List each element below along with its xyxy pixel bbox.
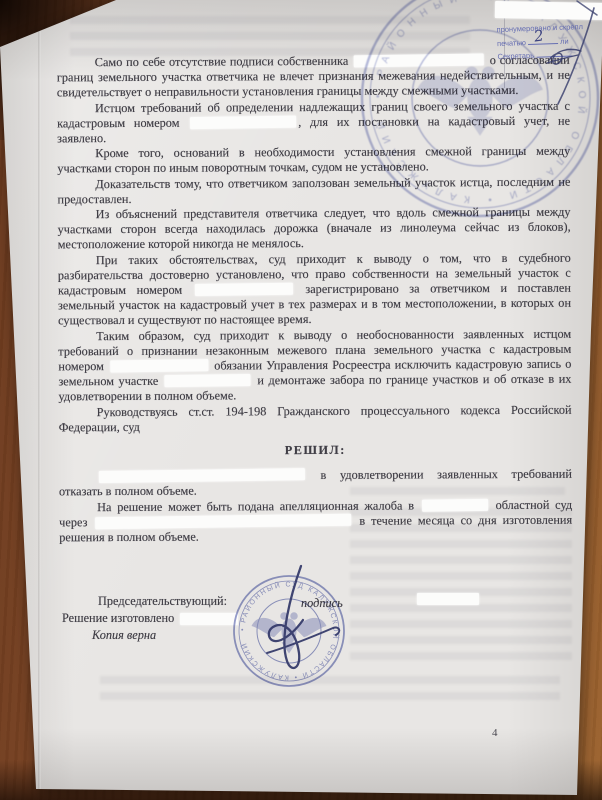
decision-made-label: Решение изготовлено	[62, 611, 174, 626]
paragraph: Доказательств тому, что ответчиком запол…	[57, 174, 570, 207]
paragraph: в удовлетворении заявленных требований о…	[59, 467, 572, 500]
document-text: Само по себе отсутствие подписи собствен…	[57, 53, 573, 546]
paper-crease	[38, 20, 41, 790]
reshil-heading: РЕШИЛ:	[59, 442, 572, 460]
document-page: Само по себе отсутствие подписи собствен…	[0, 0, 602, 800]
paragraph: Руководствуясь ст.ст. 194-198 Гражданско…	[59, 402, 572, 435]
handwritten-sheet-count: 2	[533, 26, 545, 45]
paper-shadow-wrap: Само по себе отсутствие подписи собствен…	[0, 0, 602, 800]
corner-registration-stamp: пронумеровано и скрепл печатью ли Секрет…	[496, 19, 602, 64]
corner-stamp-pechatyu: печатью	[497, 38, 526, 48]
corner-stamp-line3: Секретарь	[497, 46, 602, 64]
paragraph: Истцом требований об определении надлежа…	[57, 98, 570, 146]
bleed-through-text	[100, 676, 560, 702]
redaction-box	[190, 115, 296, 128]
signature-block: Председательствующий: подпись Решение из…	[58, 592, 572, 652]
page-number: 4	[492, 727, 498, 739]
signature-word: подпись	[301, 596, 343, 611]
paragraph: При таких обстоятельствах, суд приходит …	[58, 250, 571, 329]
paragraph: Таким образом, суд приходит к выводу о н…	[58, 326, 571, 405]
redaction-box	[354, 54, 484, 68]
presiding-label: Председательствующий:	[98, 594, 227, 609]
blank-underline	[536, 48, 572, 57]
redaction-box	[110, 359, 208, 372]
redaction-box	[495, 1, 602, 20]
redaction-box	[422, 498, 488, 511]
paragraph: Кроме того, оснований в необходимости ус…	[57, 144, 570, 177]
redaction-box	[417, 593, 479, 605]
paragraph: Из объяснений представителя ответчика сл…	[58, 205, 571, 253]
redaction-box	[99, 468, 305, 483]
corner-stamp-li: ли	[560, 36, 569, 45]
redaction-box	[95, 514, 351, 530]
photo-of-court-decision: { "document": { "language": "ru", "page_…	[0, 0, 602, 800]
redaction-box	[195, 283, 293, 296]
corner-stamp-secretary: Секретарь	[497, 51, 534, 61]
paragraph: На решение может быть подана апелляционн…	[59, 497, 572, 545]
bleed-through-text	[70, 16, 470, 56]
paragraph: Само по себе отсутствие подписи собствен…	[57, 53, 570, 101]
copy-correct-note: Копия верна	[92, 628, 156, 643]
redaction-box	[165, 374, 251, 387]
redaction-box	[180, 613, 238, 625]
